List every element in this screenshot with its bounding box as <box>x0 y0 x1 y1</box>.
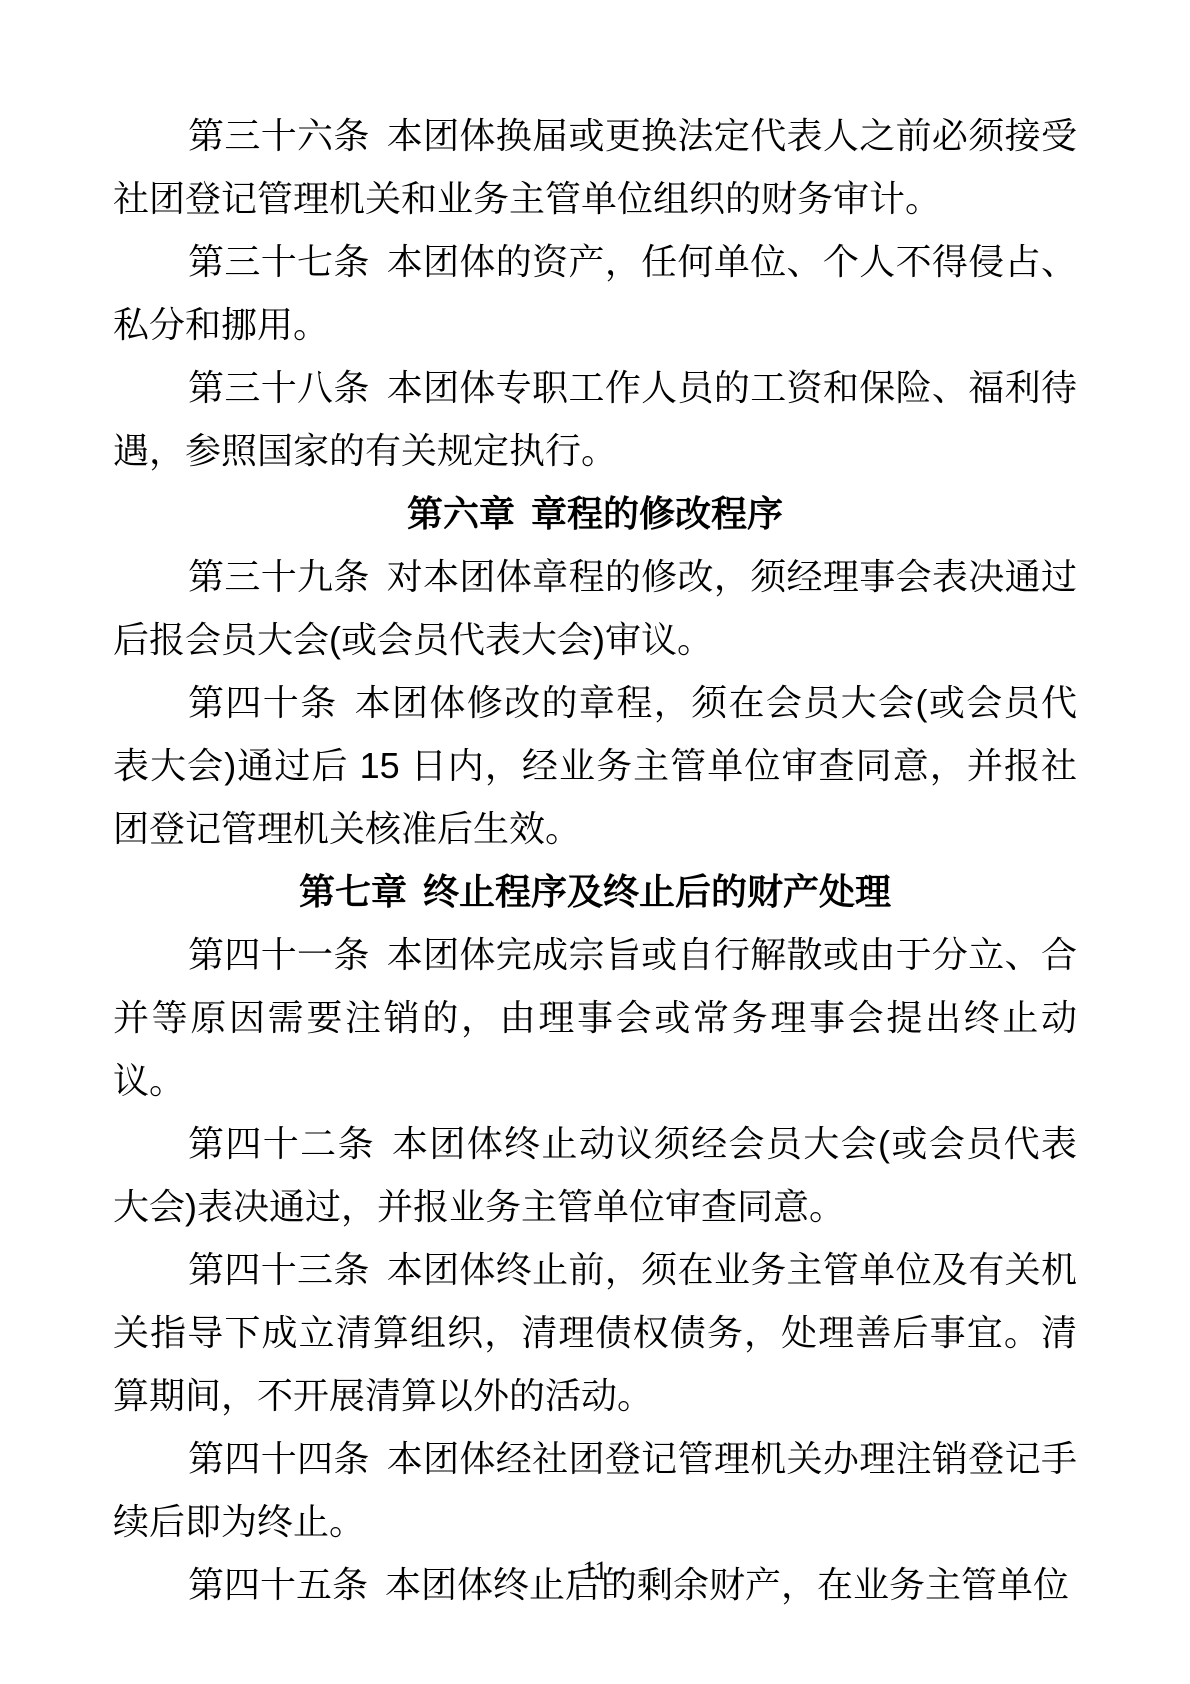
chapter-6-title: 章程的修改程序 <box>531 493 783 534</box>
page-number: - 11 - <box>0 1556 1190 1586</box>
article-40-number: 第四十条 <box>188 682 338 723</box>
article-43-paragraph: 第四十三条本团体终止前，须在业务主管单位及有关机关指导下成立清算组织，清理债权债… <box>113 1238 1077 1427</box>
chapter-6-number: 第六章 <box>407 493 515 534</box>
article-42-number: 第四十二条 <box>188 1123 375 1164</box>
article-37-paragraph: 第三十七条本团体的资产，任何单位、个人不得侵占、私分和挪用。 <box>113 230 1077 356</box>
article-36-number: 第三十六条 <box>188 115 370 156</box>
article-38-paragraph: 第三十八条本团体专职工作人员的工资和保险、福利待遇，参照国家的有关规定执行。 <box>113 356 1077 482</box>
chapter-7-heading: 第七章终止程序及终止后的财产处理 <box>113 860 1077 923</box>
article-39-paragraph: 第三十九条对本团体章程的修改，须经理事会表决通过后报会员大会(或会员代表大会)审… <box>113 545 1077 671</box>
chapter-7-title: 终止程序及终止后的财产处理 <box>423 871 891 912</box>
article-44-number: 第四十四条 <box>188 1438 370 1479</box>
article-44-paragraph: 第四十四条本团体经社团登记管理机关办理注销登记手续后即为终止。 <box>113 1427 1077 1553</box>
article-41-paragraph: 第四十一条本团体完成宗旨或自行解散或由于分立、合并等原因需要注销的，由理事会或常… <box>113 923 1077 1112</box>
article-39-number: 第三十九条 <box>188 556 370 597</box>
chapter-6-heading: 第六章章程的修改程序 <box>113 482 1077 545</box>
article-36-paragraph: 第三十六条本团体换届或更换法定代表人之前必须接受社团登记管理机关和业务主管单位组… <box>113 104 1077 230</box>
article-42-paragraph: 第四十二条本团体终止动议须经会员大会(或会员代表大会)表决通过，并报业务主管单位… <box>113 1112 1077 1238</box>
document-page: 第三十六条本团体换届或更换法定代表人之前必须接受社团登记管理机关和业务主管单位组… <box>0 0 1190 1684</box>
article-37-number: 第三十七条 <box>188 241 370 282</box>
chapter-7-number: 第七章 <box>299 871 407 912</box>
article-40-paragraph: 第四十条本团体修改的章程，须在会员大会(或会员代表大会)通过后 15 日内，经业… <box>113 671 1077 860</box>
article-41-number: 第四十一条 <box>188 934 370 975</box>
article-43-number: 第四十三条 <box>188 1249 370 1290</box>
article-38-number: 第三十八条 <box>188 367 370 408</box>
